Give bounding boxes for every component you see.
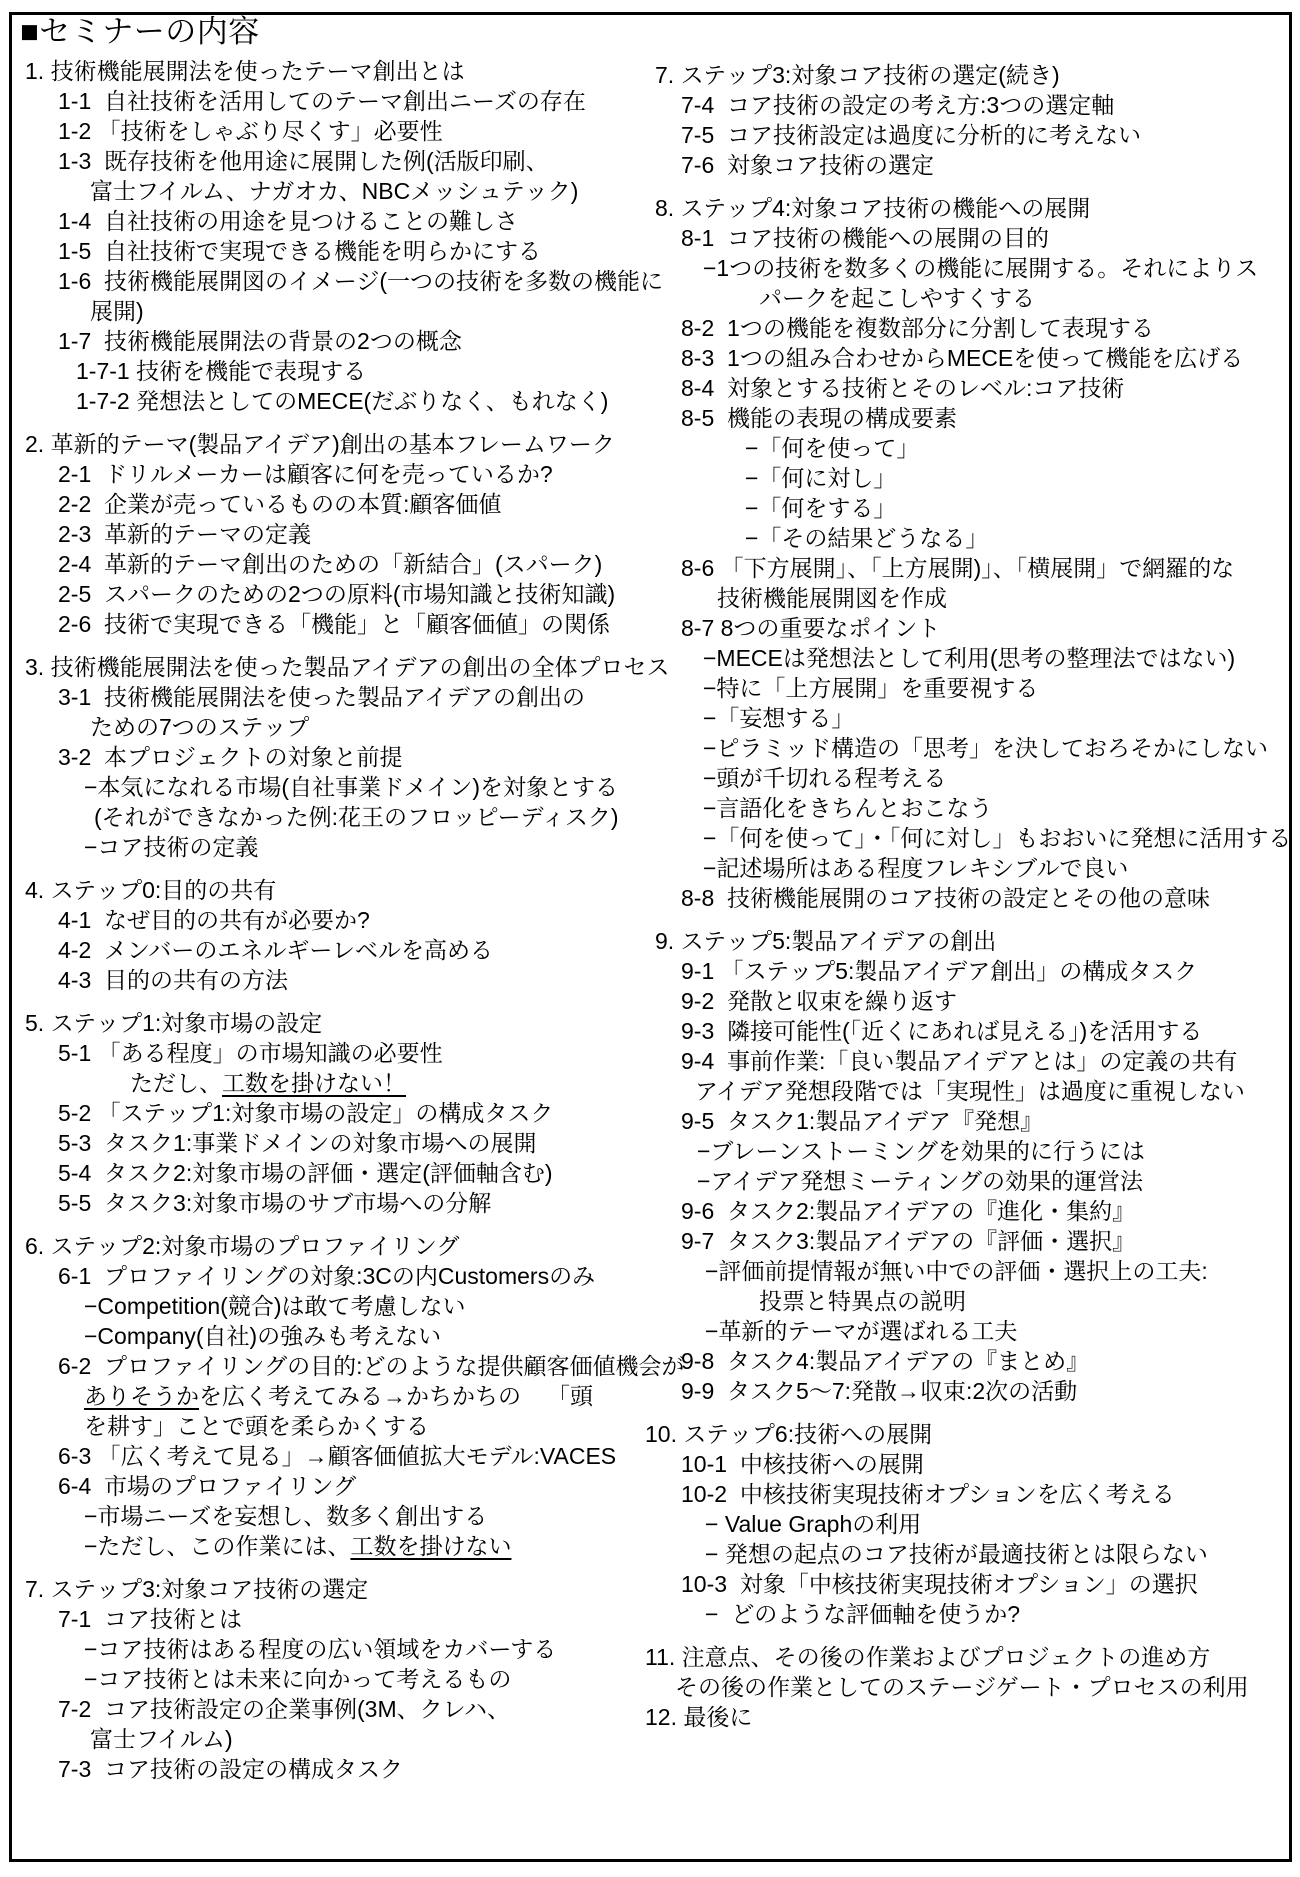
toc-text: 1-5 自社技術で実現できる機能を明らかにする xyxy=(58,238,541,264)
toc-text: 2-2 企業が売っているものの本質:顧客価値 xyxy=(58,491,501,517)
toc-line: 1-7-1 技術を機能で表現する xyxy=(22,356,685,386)
toc-line: −コア技術の定義 xyxy=(22,832,685,862)
toc-text: 2-1 ドリルメーカーは顧客に何を売っているか? xyxy=(58,461,553,487)
toc-text: 1-6 技術機能展開図のイメージ(一つの技術を多数の機能に xyxy=(58,268,663,294)
toc-line: ための7つのステップ xyxy=(22,712,685,742)
toc-text: −言語化をきちんとおこなう xyxy=(703,795,992,821)
toc-line: − 発想の起点のコア技術が最適技術とは限らない xyxy=(645,1539,1291,1569)
toc-line: 6-1 プロファイリングの対象:3Cの内Customersのみ xyxy=(22,1261,685,1291)
toc-text: 9-8 タスク4:製品アイデアの『まとめ』 xyxy=(681,1348,1089,1374)
toc-text: −ブレーンストーミングを効果的に行うには xyxy=(697,1138,1145,1164)
toc-text: 10-3 対象「中核技術実現技術オプション」の選択 xyxy=(681,1571,1198,1597)
toc-line: −特に「上方展開」を重要視する xyxy=(645,673,1291,703)
toc-text: を耕す」ことで頭を柔らかくする xyxy=(84,1413,429,1439)
toc-text: −「何をする」 xyxy=(745,495,896,521)
toc-line: 投票と特異点の説明 xyxy=(645,1286,1291,1316)
toc-text: −アイデア発想ミーティングの効果的運営法 xyxy=(697,1168,1143,1194)
page: { "page": { "title": "■セミナーの内容", "backgr… xyxy=(0,0,1300,1877)
toc-line: 1-2 「技術をしゃぶり尽くす」必要性 xyxy=(22,116,685,146)
toc-line: ただし、工数を掛けない！ xyxy=(22,1068,685,1098)
toc-line: 7-3 コア技術の設定の構成タスク xyxy=(22,1754,685,1784)
toc-text: 2-4 革新的テーマ創出のための「新結合」(スパーク) xyxy=(58,551,602,577)
toc-line: 5-2 「ステップ1:対象市場の設定」の構成タスク xyxy=(22,1098,685,1128)
toc-line: 9-2 発散と収束を繰り返す xyxy=(645,986,1291,1016)
toc-line: 展開) xyxy=(22,296,685,326)
toc-text: 4. ステップ0:目的の共有 xyxy=(25,877,276,903)
toc-text: 7-5 コア技術設定は過度に分析的に考えない xyxy=(681,122,1141,148)
left-column: 1. 技術機能展開法を使ったテーマ創出とは1-1 自社技術を活用してのテーマ創出… xyxy=(22,56,685,1784)
toc-line: 富士フイルム) xyxy=(22,1724,685,1754)
toc-text: 5-2 「ステップ1:対象市場の設定」の構成タスク xyxy=(58,1100,553,1126)
toc-text: −市場ニーズを妄想し、数多く創出する xyxy=(84,1503,487,1529)
toc-line: 9-6 タスク2:製品アイデアの『進化・集約』 xyxy=(645,1196,1291,1226)
toc-line: 1-1 自社技術を活用してのテーマ創出ニーズの存在 xyxy=(22,86,685,116)
toc-text: 9-1 「ステップ5:製品アイデア創出」の構成タスク xyxy=(681,958,1197,984)
toc-text: 8-6 「下方展開」、「上方展開)」、「横展開」で網羅的な xyxy=(681,555,1234,581)
toc-line: 9-3 隣接可能性(「近くにあれば見える」)を活用する xyxy=(645,1016,1291,1046)
toc-line: −MECEは発想法として利用(思考の整理法ではない) xyxy=(645,643,1291,673)
toc-text: 1-7 技術機能展開法の背景の2つの概念 xyxy=(58,328,462,354)
toc-line: 7. ステップ3:対象コア技術の選定(続き) xyxy=(645,60,1291,90)
toc-text: 5-3 タスク1:事業ドメインの対象市場への展開 xyxy=(58,1130,537,1156)
toc-line: 4. ステップ0:目的の共有 xyxy=(22,875,685,905)
toc-line: 8-2 1つの機能を複数部分に分割して表現する xyxy=(645,313,1291,343)
toc-text: 8-7 8つの重要なポイント xyxy=(681,615,940,641)
toc-line: 2-4 革新的テーマ創出のための「新結合」(スパーク) xyxy=(22,549,685,579)
toc-text: 9-3 隣接可能性(「近くにあれば見える」)を活用する xyxy=(681,1018,1202,1044)
toc-line: 3. 技術機能展開法を使った製品アイデアの創出の全体プロセス xyxy=(22,652,685,682)
toc-text: −革新的テーマが選ばれる工夫 xyxy=(705,1318,1017,1344)
toc-text: 2-5 スパークのための2つの原料(市場知識と技術知識) xyxy=(58,581,615,607)
toc-text: − Value Graphの利用 xyxy=(705,1511,921,1537)
toc-line: 2-3 革新的テーマの定義 xyxy=(22,519,685,549)
toc-line: −ブレーンストーミングを効果的に行うには xyxy=(645,1136,1291,1166)
toc-line: −「その結果どうなる」 xyxy=(645,523,1291,553)
toc-text: 7-1 コア技術とは xyxy=(58,1606,242,1632)
toc-line: 8-5 機能の表現の構成要素 xyxy=(645,403,1291,433)
toc-line: 1-4 自社技術の用途を見つけることの難しさ xyxy=(22,206,685,236)
toc-line: 2. 革新的テーマ(製品アイデア)創出の基本フレームワーク xyxy=(22,429,685,459)
toc-text: 9. ステップ5:製品アイデアの創出 xyxy=(655,928,996,954)
toc-text: 7. ステップ3:対象コア技術の選定 xyxy=(25,1576,368,1602)
toc-line: −言語化をきちんとおこなう xyxy=(645,793,1291,823)
toc-text: (それができなかった例:花王のフロッピーディスク) xyxy=(94,804,619,830)
toc-text: − どのような評価軸を使うか? xyxy=(705,1601,1020,1627)
toc-text: 8-5 機能の表現の構成要素 xyxy=(681,405,957,431)
toc-text: −Competition(競合)は敢て考慮しない xyxy=(84,1293,465,1319)
toc-line: 5-1 「ある程度」の市場知識の必要性 xyxy=(22,1038,685,1068)
toc-text: 12. 最後に xyxy=(645,1704,752,1730)
toc-text: 1-2 「技術をしゃぶり尽くす」必要性 xyxy=(58,118,443,144)
toc-text: 1. 技術機能展開法を使ったテーマ創出とは xyxy=(25,58,465,84)
toc-line: −「何に対し」 xyxy=(645,463,1291,493)
toc-text: −Company(自社)の強みも考えない xyxy=(84,1323,441,1349)
toc-text: 投票と特異点の説明 xyxy=(759,1288,966,1314)
toc-line: 5. ステップ1:対象市場の設定 xyxy=(22,1008,685,1038)
toc-line: 6-3 「広く考えて見る」→顧客価値拡大モデル:VACES xyxy=(22,1441,685,1471)
toc-text: 5-4 タスク2:対象市場の評価・選定(評価軸含む) xyxy=(58,1160,553,1186)
toc-text: 1-7-2 発想法としてのMECE(だぶりなく、もれなく) xyxy=(76,388,608,414)
toc-text: 技術機能展開図を作成 xyxy=(717,585,947,611)
toc-line: −Company(自社)の強みも考えない xyxy=(22,1321,685,1351)
toc-text: −記述場所はある程度フレキシブルで良い xyxy=(703,855,1128,881)
toc-text: 6-1 プロファイリングの対象:3Cの内Customersのみ xyxy=(58,1263,595,1289)
toc-text: 富士フイルム) xyxy=(90,1726,233,1752)
toc-line: 12. 最後に xyxy=(645,1702,1291,1732)
toc-line: 8. ステップ4:対象コア技術の機能への展開 xyxy=(645,193,1291,223)
toc-line: その後の作業としてのステージゲート・プロセスの利用 xyxy=(645,1672,1291,1702)
toc-line: 9-9 タスク5〜7:発散→収束:2次の活動 xyxy=(645,1376,1291,1406)
toc-line: 5-3 タスク1:事業ドメインの対象市場への展開 xyxy=(22,1128,685,1158)
toc-text: 8-8 技術機能展開のコア技術の設定とその他の意味 xyxy=(681,885,1210,911)
toc-line: 2-5 スパークのための2つの原料(市場知識と技術知識) xyxy=(22,579,685,609)
toc-line: 10-2 中核技術実現技術オプションを広く考える xyxy=(645,1479,1291,1509)
toc-text: 7. ステップ3:対象コア技術の選定(続き) xyxy=(655,62,1060,88)
toc-line: 3-1 技術機能展開法を使った製品アイデアの創出の xyxy=(22,682,685,712)
toc-text: −「何を使って」 xyxy=(745,435,919,461)
toc-line: 8-1 コア技術の機能への展開の目的 xyxy=(645,223,1291,253)
toc-text: −特に「上方展開」を重要視する xyxy=(703,675,1038,701)
toc-line: −アイデア発想ミーティングの効果的運営法 xyxy=(645,1166,1291,1196)
toc-line: 3-2 本プロジェクトの対象と前提 xyxy=(22,742,685,772)
toc-text: 1-1 自社技術を活用してのテーマ創出ニーズの存在 xyxy=(58,88,586,114)
toc-text: 工数を掛けない xyxy=(350,1533,511,1559)
toc-line: 10-1 中核技術への展開 xyxy=(645,1449,1291,1479)
toc-line: 4-3 目的の共有の方法 xyxy=(22,965,685,995)
toc-text: 4-2 メンバーのエネルギーレベルを高める xyxy=(58,937,493,963)
toc-text: ありそうか xyxy=(84,1383,199,1409)
toc-text: ただし、 xyxy=(130,1070,222,1096)
toc-line: 9. ステップ5:製品アイデアの創出 xyxy=(645,926,1291,956)
toc-line: アイデア発想段階では「実現性」は過度に重視しない xyxy=(645,1076,1291,1106)
right-column: 7. ステップ3:対象コア技術の選定(続き)7-4 コア技術の設定の考え方:3つ… xyxy=(645,60,1291,1732)
toc-text: 3-2 本プロジェクトの対象と前提 xyxy=(58,744,403,770)
toc-line: 5-4 タスク2:対象市場の評価・選定(評価軸含む) xyxy=(22,1158,685,1188)
toc-line: ありそうかを広く考えてみる→かちかちの「頭 xyxy=(22,1381,685,1411)
toc-text: 2-3 革新的テーマの定義 xyxy=(58,521,311,547)
toc-line: −「何をする」 xyxy=(645,493,1291,523)
toc-text: 「頭 xyxy=(547,1381,593,1411)
toc-text: 9-5 タスク1:製品アイデア『発想』 xyxy=(681,1108,1043,1134)
toc-text: 7-2 コア技術設定の企業事例(3M、クレハ、 xyxy=(58,1696,510,1722)
toc-text: 8-1 コア技術の機能への展開の目的 xyxy=(681,225,1049,251)
toc-line: 9-1 「ステップ5:製品アイデア創出」の構成タスク xyxy=(645,956,1291,986)
toc-line: 8-8 技術機能展開のコア技術の設定とその他の意味 xyxy=(645,883,1291,913)
toc-line: 7. ステップ3:対象コア技術の選定 xyxy=(22,1574,685,1604)
toc-line: 6-2 プロファイリングの目的:どのような提供顧客価値機会が xyxy=(22,1351,685,1381)
toc-line: 8-6 「下方展開」、「上方展開)」、「横展開」で網羅的な xyxy=(645,553,1291,583)
toc-line: 4-2 メンバーのエネルギーレベルを高める xyxy=(22,935,685,965)
toc-text: 富士フイルム、ナガオカ、NBCメッシュテック) xyxy=(90,178,578,204)
toc-line: 8-4 対象とする技術とそのレベル:コア技術 xyxy=(645,373,1291,403)
toc-line: 2-2 企業が売っているものの本質:顧客価値 xyxy=(22,489,685,519)
toc-line: − どのような評価軸を使うか? xyxy=(645,1599,1291,1629)
toc-text: 10. ステップ6:技術への展開 xyxy=(645,1421,932,1447)
toc-text: 8. ステップ4:対象コア技術の機能への展開 xyxy=(655,195,1090,221)
toc-line: −本気になれる市場(自社事業ドメイン)を対象とする xyxy=(22,772,685,802)
toc-line: −1つの技術を数多くの機能に展開する。それによりス xyxy=(645,253,1291,283)
toc-line: 8-7 8つの重要なポイント xyxy=(645,613,1291,643)
toc-line: −評価前提情報が無い中での評価・選択上の工夫: xyxy=(645,1256,1291,1286)
toc-line: −ただし、この作業には、工数を掛けない xyxy=(22,1531,685,1561)
toc-line: 5-5 タスク3:対象市場のサブ市場への分解 xyxy=(22,1188,685,1218)
toc-line: 9-8 タスク4:製品アイデアの『まとめ』 xyxy=(645,1346,1291,1376)
toc-line: 4-1 なぜ目的の共有が必要か? xyxy=(22,905,685,935)
toc-line: 1-3 既存技術を他用途に展開した例(活版印刷、 xyxy=(22,146,685,176)
toc-line: 1. 技術機能展開法を使ったテーマ創出とは xyxy=(22,56,685,86)
toc-line: 技術機能展開図を作成 xyxy=(645,583,1291,613)
toc-text: −本気になれる市場(自社事業ドメイン)を対象とする xyxy=(84,774,618,800)
toc-line: 7-4 コア技術の設定の考え方:3つの選定軸 xyxy=(645,90,1291,120)
toc-line: −革新的テーマが選ばれる工夫 xyxy=(645,1316,1291,1346)
toc-text: 10-1 中核技術への展開 xyxy=(681,1451,924,1477)
toc-text: パークを起こしやすくする xyxy=(759,285,1035,311)
toc-line: −ピラミッド構造の「思考」を決しておろそかにしない xyxy=(645,733,1291,763)
toc-line: 1-7-2 発想法としてのMECE(だぶりなく、もれなく) xyxy=(22,386,685,416)
toc-line: 7-1 コア技術とは xyxy=(22,1604,685,1634)
toc-text: 2. 革新的テーマ(製品アイデア)創出の基本フレームワーク xyxy=(25,431,615,457)
toc-text: 9-7 タスク3:製品アイデアの『評価・選択』 xyxy=(681,1228,1135,1254)
toc-text: 展開) xyxy=(90,298,144,324)
toc-text: 工数を掛けない！ xyxy=(222,1070,406,1096)
toc-text: − 発想の起点のコア技術が最適技術とは限らない xyxy=(705,1541,1208,1567)
toc-line: 2-1 ドリルメーカーは顧客に何を売っているか? xyxy=(22,459,685,489)
toc-text: を広く考えてみる→かちかちの xyxy=(199,1383,521,1409)
toc-text: −ピラミッド構造の「思考」を決しておろそかにしない xyxy=(703,735,1268,761)
toc-text: −評価前提情報が無い中での評価・選択上の工夫: xyxy=(705,1258,1208,1284)
toc-text: その後の作業としてのステージゲート・プロセスの利用 xyxy=(675,1674,1249,1700)
toc-text: 9-4 事前作業:「良い製品アイデアとは」の定義の共有 xyxy=(681,1048,1237,1074)
toc-line: 7-2 コア技術設定の企業事例(3M、クレハ、 xyxy=(22,1694,685,1724)
toc-text: −コア技術はある程度の広い領域をカバーする xyxy=(84,1636,556,1662)
toc-text: 6-4 市場のプロファイリング xyxy=(58,1473,356,1499)
toc-text: −コア技術とは未来に向かって考えるもの xyxy=(84,1666,511,1692)
toc-text: 5. ステップ1:対象市場の設定 xyxy=(25,1010,322,1036)
toc-line: −頭が千切れる程考える xyxy=(645,763,1291,793)
toc-line: 7-5 コア技術設定は過度に分析的に考えない xyxy=(645,120,1291,150)
toc-text: −「妄想する」 xyxy=(703,705,854,731)
toc-text: 11. 注意点、その後の作業およびプロジェクトの進め方 xyxy=(645,1644,1210,1670)
toc-text: 4-3 目的の共有の方法 xyxy=(58,967,288,993)
toc-text: 6-2 プロファイリングの目的:どのような提供顧客価値機会が xyxy=(58,1353,685,1379)
toc-text: ための7つのステップ xyxy=(90,714,309,740)
toc-line: 8-3 1つの組み合わせからMECEを使って機能を広げる xyxy=(645,343,1291,373)
toc-text: 7-4 コア技術の設定の考え方:3つの選定軸 xyxy=(681,92,1114,118)
toc-text: 6. ステップ2:対象市場のプロファイリング xyxy=(25,1233,459,1259)
toc-line: 6. ステップ2:対象市場のプロファイリング xyxy=(22,1231,685,1261)
toc-line: −「何を使って」・「何に対し」もおおいに発想に活用する xyxy=(645,823,1291,853)
toc-line: −記述場所はある程度フレキシブルで良い xyxy=(645,853,1291,883)
toc-line: を耕す」ことで頭を柔らかくする xyxy=(22,1411,685,1441)
toc-line: 9-4 事前作業:「良い製品アイデアとは」の定義の共有 xyxy=(645,1046,1291,1076)
toc-text: 1-3 既存技術を他用途に展開した例(活版印刷、 xyxy=(58,148,549,174)
toc-text: 9-9 タスク5〜7:発散→収束:2次の活動 xyxy=(681,1378,1077,1404)
toc-text: 7-6 対象コア技術の選定 xyxy=(681,152,934,178)
toc-text: 3-1 技術機能展開法を使った製品アイデアの創出の xyxy=(58,684,585,710)
toc-line: −「何を使って」 xyxy=(645,433,1291,463)
toc-text: 8-2 1つの機能を複数部分に分割して表現する xyxy=(681,315,1154,341)
toc-text: 3. 技術機能展開法を使った製品アイデアの創出の全体プロセス xyxy=(25,654,670,680)
toc-text: 8-3 1つの組み合わせからMECEを使って機能を広げる xyxy=(681,345,1243,371)
toc-line: −コア技術はある程度の広い領域をカバーする xyxy=(22,1634,685,1664)
toc-text: −「何を使って」・「何に対し」もおおいに発想に活用する xyxy=(703,825,1291,851)
toc-line: 9-5 タスク1:製品アイデア『発想』 xyxy=(645,1106,1291,1136)
toc-text: −頭が千切れる程考える xyxy=(703,765,946,791)
toc-text: −「その結果どうなる」 xyxy=(745,525,988,551)
toc-line: 6-4 市場のプロファイリング xyxy=(22,1471,685,1501)
toc-text: 8-4 対象とする技術とそのレベル:コア技術 xyxy=(681,375,1124,401)
page-title: ■セミナーの内容 xyxy=(20,14,260,50)
toc-line: 11. 注意点、その後の作業およびプロジェクトの進め方 xyxy=(645,1642,1291,1672)
toc-line: −市場ニーズを妄想し、数多く創出する xyxy=(22,1501,685,1531)
toc-line: 1-5 自社技術で実現できる機能を明らかにする xyxy=(22,236,685,266)
toc-text: 7-3 コア技術の設定の構成タスク xyxy=(58,1756,403,1782)
toc-line: (それができなかった例:花王のフロッピーディスク) xyxy=(22,802,685,832)
toc-text: 10-2 中核技術実現技術オプションを広く考える xyxy=(681,1481,1175,1507)
toc-text: アイデア発想段階では「実現性」は過度に重視しない xyxy=(695,1078,1245,1104)
toc-line: 1-6 技術機能展開図のイメージ(一つの技術を多数の機能に xyxy=(22,266,685,296)
toc-text: 5-5 タスク3:対象市場のサブ市場への分解 xyxy=(58,1190,491,1216)
toc-line: 富士フイルム、ナガオカ、NBCメッシュテック) xyxy=(22,176,685,206)
toc-text: −コア技術の定義 xyxy=(84,834,258,860)
toc-line: 2-6 技術で実現できる「機能」と「顧客価値」の関係 xyxy=(22,609,685,639)
toc-line: パークを起こしやすくする xyxy=(645,283,1291,313)
toc-text: 1-4 自社技術の用途を見つけることの難しさ xyxy=(58,208,518,234)
toc-text: 5-1 「ある程度」の市場知識の必要性 xyxy=(58,1040,443,1066)
toc-text: −MECEは発想法として利用(思考の整理法ではない) xyxy=(703,645,1235,671)
toc-line: −「妄想する」 xyxy=(645,703,1291,733)
toc-line: 9-7 タスク3:製品アイデアの『評価・選択』 xyxy=(645,1226,1291,1256)
toc-line: 10-3 対象「中核技術実現技術オプション」の選択 xyxy=(645,1569,1291,1599)
toc-text: −ただし、この作業には、 xyxy=(84,1533,350,1559)
toc-line: −Competition(競合)は敢て考慮しない xyxy=(22,1291,685,1321)
toc-line: 1-7 技術機能展開法の背景の2つの概念 xyxy=(22,326,685,356)
toc-text: 9-2 発散と収束を繰り返す xyxy=(681,988,957,1014)
toc-text: 6-3 「広く考えて見る」→顧客価値拡大モデル:VACES xyxy=(58,1443,616,1469)
toc-text: −1つの技術を数多くの機能に展開する。それによりス xyxy=(703,255,1258,281)
toc-text: 9-6 タスク2:製品アイデアの『進化・集約』 xyxy=(681,1198,1135,1224)
toc-line: 10. ステップ6:技術への展開 xyxy=(645,1419,1291,1449)
toc-line: −コア技術とは未来に向かって考えるもの xyxy=(22,1664,685,1694)
toc-text: 4-1 なぜ目的の共有が必要か? xyxy=(58,907,370,933)
toc-text: 2-6 技術で実現できる「機能」と「顧客価値」の関係 xyxy=(58,611,610,637)
toc-text: 1-7-1 技術を機能で表現する xyxy=(76,358,366,384)
toc-text: −「何に対し」 xyxy=(745,465,896,491)
toc-line: − Value Graphの利用 xyxy=(645,1509,1291,1539)
toc-line: 7-6 対象コア技術の選定 xyxy=(645,150,1291,180)
